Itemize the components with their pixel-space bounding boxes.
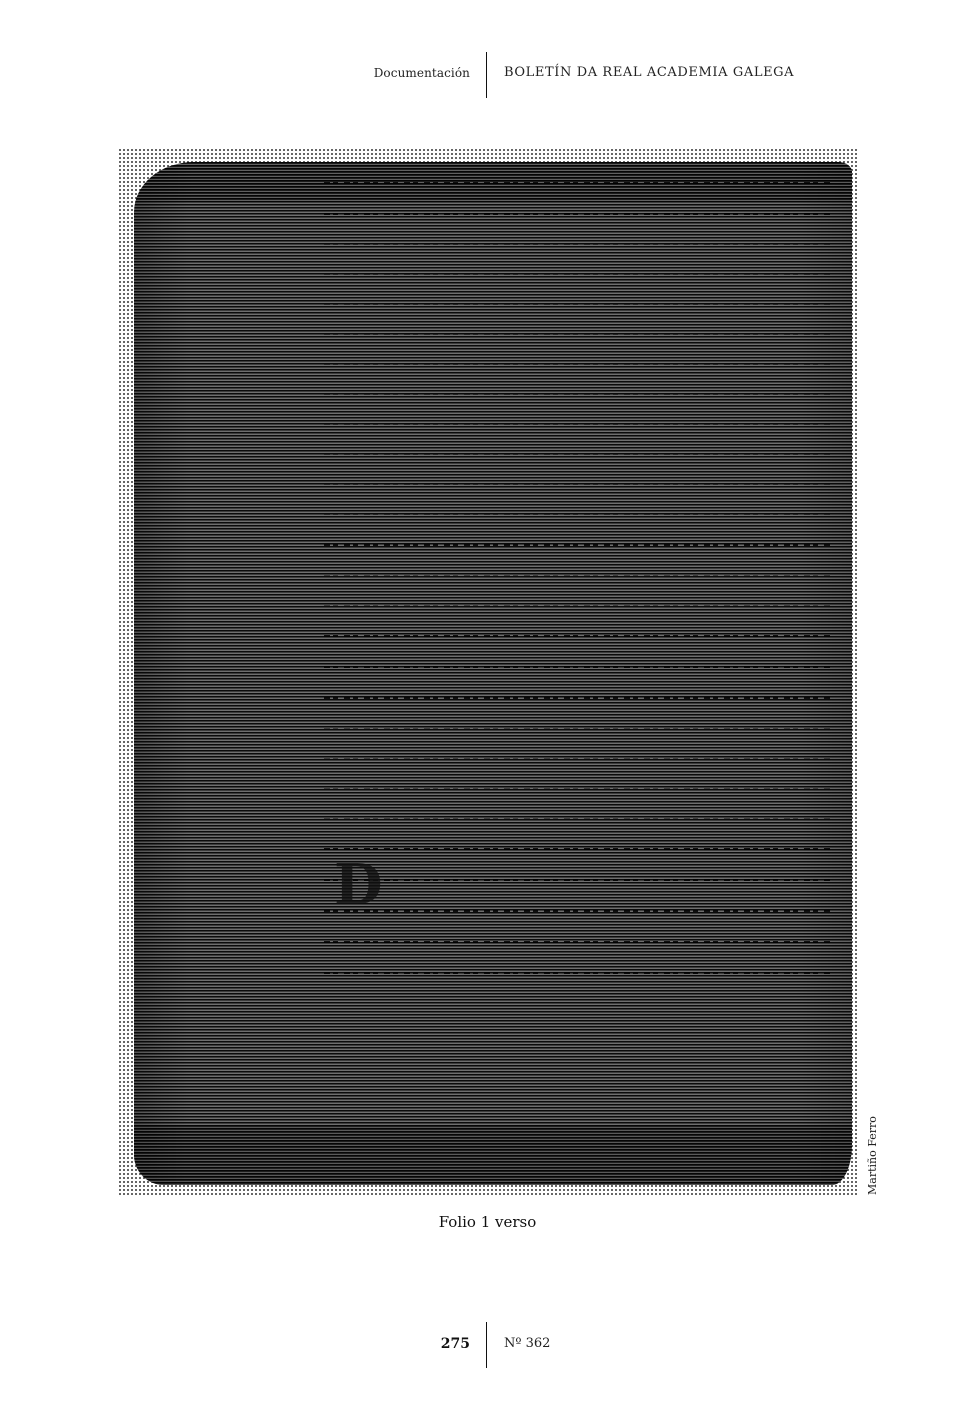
manuscript-text-lines <box>324 182 832 1003</box>
page-number: 275 <box>441 1336 470 1352</box>
issue-number: Nº 362 <box>504 1336 550 1351</box>
footer-divider <box>486 1322 487 1368</box>
header-divider <box>486 52 487 98</box>
decorated-initial: D <box>334 852 383 918</box>
page-footer: 275 Nº 362 <box>0 1322 975 1370</box>
running-header: Documentación BOLETÍN DA REAL ACADEMIA G… <box>0 52 975 100</box>
journal-title: BOLETÍN DA REAL ACADEMIA GALEGA <box>504 65 794 80</box>
parchment-folio: D <box>134 162 852 1185</box>
figure-caption: Folio 1 verso <box>0 1213 975 1231</box>
manuscript-facsimile-image: D <box>118 148 858 1195</box>
photo-credit: Martiño Ferro <box>866 1116 879 1195</box>
section-label: Documentación <box>374 66 470 80</box>
